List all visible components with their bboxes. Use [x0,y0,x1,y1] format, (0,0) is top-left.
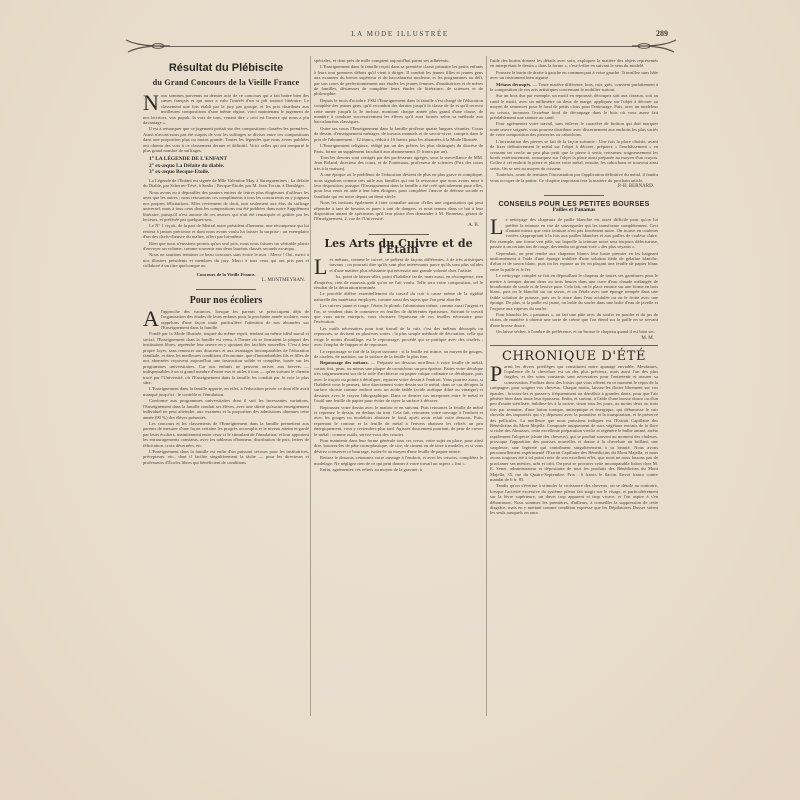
signature: A. B. [314,223,479,228]
paragraph: Les concours et les classements de l'Ens… [143,421,309,448]
article-subtitle-pailles: Pailles et Panamas [490,208,658,213]
running-title: LA MODE ILLUSTRÉE [120,30,680,38]
paragraph: Le procédé diffère essentiellement du tr… [314,291,483,302]
paragraph: Le N° 1 reçoit, de la part de Mistral no… [143,223,309,239]
article-title-ecoliers: Pour nos écoliers [143,298,309,303]
paragraph: Tous les devoirs sont corrigés par des p… [314,155,483,171]
paragraph: Ici, point de laisser-aller, point d'hab… [314,274,483,290]
section-rule [196,289,256,290]
paragraph: Toutefois, avant de terminer l'incrustat… [490,172,658,183]
section-rule [490,345,658,346]
drop-cap: P [490,365,502,383]
magazine-page: LA MODE ILLUSTRÉE 289 Résultat du Plébis… [0,0,800,800]
paragraph: Nous les invitons également à faire conn… [314,200,483,222]
article-subtitle-plebiscite: du Grand Concours de la Vieille France [143,78,309,88]
paragraph: L'Enseignement dans la famille reçoit da… [314,64,483,96]
signature: M. M. [490,336,654,341]
paragraph: Parmi les divers privilèges qui constitu… [490,364,658,483]
paragraph: Retirez le dessous, retournez votre ouvr… [314,455,483,466]
paragraph: Il est à remarquer que ce jugement porta… [143,126,309,153]
paragraph: Le nettoyage complet se fait en dépouill… [490,273,658,311]
paragraph: L'Enseignement religieux, rédigé par un … [314,143,483,154]
header-rule [160,46,640,47]
paragraph: Al'approche des vacances, lorsque les pa… [143,309,309,331]
column-middle: spéciales, et dont près de mille compten… [314,58,483,473]
article-title-chronique: CHRONIQUE D'ÉTÉ [490,354,658,359]
paragraph: L'incrustation des pierres se fait de la… [490,139,658,171]
paragraph: Pour blanchir les « panamas », on fait u… [490,312,658,328]
section-rule [544,195,604,196]
paragraph: L'Enseignement dans la famille est enfin… [143,449,309,465]
ranking-list: 1° LA LÉGENDE DE L'ENFANT 2° ex-æquo La … [149,156,309,175]
paragraph: Enfin, agrémentez ces reliefs au moyen d… [314,467,483,472]
paragraph: Outre ses cours l'Enseignement dans la f… [314,126,483,142]
drop-cap: L [490,218,503,236]
paragraph: Les métaux, comme le cuivre, se prêtent … [314,257,483,273]
column-divider [486,56,487,716]
paragraph: Le repoussage se fait de la façon suivan… [314,349,483,360]
inline-heading: Métaux découpés. [496,82,531,87]
paragraph: Bien que nous n'eussions promis qu'un se… [143,241,309,252]
paragraph: spéciales, et dont près de mille compten… [314,58,483,63]
paragraph: On laisse sécher, à l'ombre de préférenc… [490,329,658,334]
signature: P.-B. BERNARD. [490,184,654,189]
paragraph: Repoussage des métaux. — Préparez un des… [314,360,483,403]
paragraph: Métaux découpés. — Toute matière différe… [490,82,658,93]
article-title-plebiscite: Résultat du Plébiscite [143,62,309,74]
paragraph: La Légende de l'Enfant est signée de Mll… [143,178,309,189]
signature: L. MONTMEYRAN. [143,278,305,283]
paragraph: Depuis le mois d'octobre 1902 l'Enseigne… [314,98,483,125]
drop-cap: L [314,258,327,276]
paragraph: l'aide des burins donnez les détails ave… [490,58,658,69]
paragraph: Pour agrémenter votre travail, sans enle… [490,121,658,137]
paragraph: Sur un bois dur par exemple, un motif en… [490,93,658,120]
right-flourish-ornament-icon [630,36,678,56]
paragraph: Cependant, on peut rendre aux chapeaux b… [490,251,658,273]
inline-heading: Repoussage des métaux. [320,360,369,365]
paragraph: Nous ne saurions terminer ce beau concou… [143,252,309,268]
column-divider [310,56,311,716]
paragraph: Pour maintenir dans leur forme générale … [314,438,483,454]
paragraph: L'Enseignement dans la famille apporte, … [143,386,309,397]
paragraph: A une époque où le problème de l'éducati… [314,172,483,199]
article-title-cuivre-etain: Les Arts du Cuivre et de l'Étain [314,241,483,252]
drop-cap: N [143,94,159,112]
sign-line: Concours de la Vieille France. [143,272,309,277]
paragraph: Repoussez votre dessin avec le mattoir e… [314,405,483,437]
paragraph: Fondé par la Mode Illustrée, inspiré du … [143,331,309,385]
column-right: l'aide des burins donnez les détails ave… [490,58,658,517]
paragraph: Nous sommes parvenus au dernier acte de … [143,93,309,125]
paragraph: Les outils nécessaires pour tout travail… [314,326,483,348]
drop-cap: A [143,310,159,328]
column-left: Résultat du Plébiscite du Grand Concours… [143,58,309,466]
ranking-item: 3° ex-æquo Becque-Etoile. [149,169,309,175]
paragraph: Tandis qu'on s'évertue à stimuler la cro… [490,483,658,515]
paragraph: Poussez le burin de droite à gauche en c… [490,70,658,81]
left-flourish-ornament-icon [124,36,172,56]
paragraph: Conforme aux programmes universitaires d… [143,398,309,420]
section-rule [369,234,429,235]
paragraph: Nous avons eu à dépouiller des paniers e… [143,190,309,222]
paragraph: Le nettoyage des chapeaux de paille blan… [490,217,658,249]
paragraph: Les cuivres jaune et rouge, l'étain, le … [314,303,483,325]
